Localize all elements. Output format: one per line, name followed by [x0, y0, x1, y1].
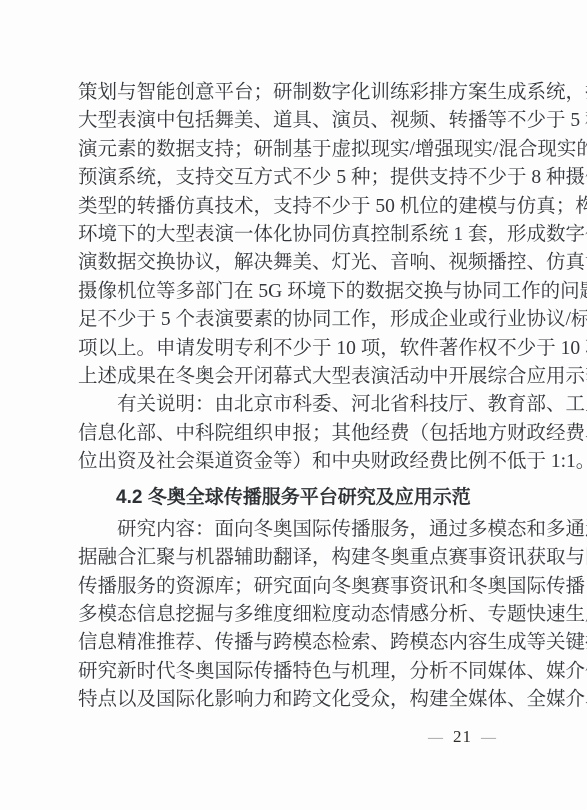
text-line: 足不少于 5 个表演要素的协同工作，形成企业或行业协议/标准 2: [78, 306, 512, 334]
text-line: 4.2 冬奥全球传播服务平台研究及应用示范: [78, 484, 512, 512]
footer-dash-right: —: [481, 730, 497, 746]
text-line: 摄像机位等多部门在 5G 环境下的数据交换与协同工作的问题，满: [78, 278, 512, 306]
text-line: 环境下的大型表演一体化协同仿真控制系统 1 套，形成数字化表: [78, 221, 512, 249]
text-line: 据融合汇聚与机器辅助翻译，构建冬奥重点赛事资讯获取与国际: [78, 544, 512, 572]
text-line: 上述成果在冬奥会开闭幕式大型表演活动中开展综合应用示范。: [78, 363, 512, 391]
document-body: 策划与智能创意平台；研制数字化训练彩排方案生成系统，提供 大型表演中包括舞美、道…: [78, 79, 512, 715]
page-footer: —21—: [428, 727, 497, 747]
text-line: 信息精准推荐、传播与跨模态检索、跨模态内容生成等关键技术；: [78, 629, 512, 657]
text-line: 预演系统，支持交互方式不少 5 种；提供支持不少于 8 种摄像机: [78, 164, 512, 192]
text-line: 策划与智能创意平台；研制数字化训练彩排方案生成系统，提供: [78, 79, 512, 107]
text-line: 多模态信息挖掘与多维度细粒度动态情感分析、专题快速生成、: [78, 601, 512, 629]
text-line: 有关说明：由北京市科委、河北省科技厅、教育部、工业和: [78, 391, 512, 419]
text-line: 传播服务的资源库；研究面向冬奥赛事资讯和冬奥国际传播中的: [78, 573, 512, 601]
page-number: 21: [453, 727, 472, 746]
text-line: 演元素的数据支持；研制基于虚拟现实/增强现实/混合现实的表演: [78, 136, 512, 164]
text-line: 项以上。申请发明专利不少于 10 项，软件著作权不少于 10 项，: [78, 335, 512, 363]
text-line: 研究内容：面向冬奥国际传播服务，通过多模态和多通道数: [78, 516, 512, 544]
footer-dash-left: —: [428, 730, 444, 746]
text-line: 演数据交换协议，解决舞美、灯光、音响、视频播控、仿真评估、: [78, 249, 512, 277]
document-page: 策划与智能创意平台；研制数字化训练彩排方案生成系统，提供 大型表演中包括舞美、道…: [0, 0, 587, 810]
text-line: 特点以及国际化影响力和跨文化受众，构建全媒体、全媒介、多: [78, 686, 512, 714]
text-line: 研究新时代冬奥国际传播特色与机理，分析不同媒体、媒介传播: [78, 658, 512, 686]
text-line: 位出资及社会渠道资金等）和中央财政经费比例不低于 1:1。: [78, 448, 512, 476]
text-line: 大型表演中包括舞美、道具、演员、视频、转播等不少于 5 种表: [78, 107, 512, 135]
text-line: 类型的转播仿真技术，支持不少于 50 机位的建模与仿真；构建 5G: [78, 193, 512, 221]
text-line: 信息化部、中科院组织申报；其他经费（包括地方财政经费、单: [78, 420, 512, 448]
